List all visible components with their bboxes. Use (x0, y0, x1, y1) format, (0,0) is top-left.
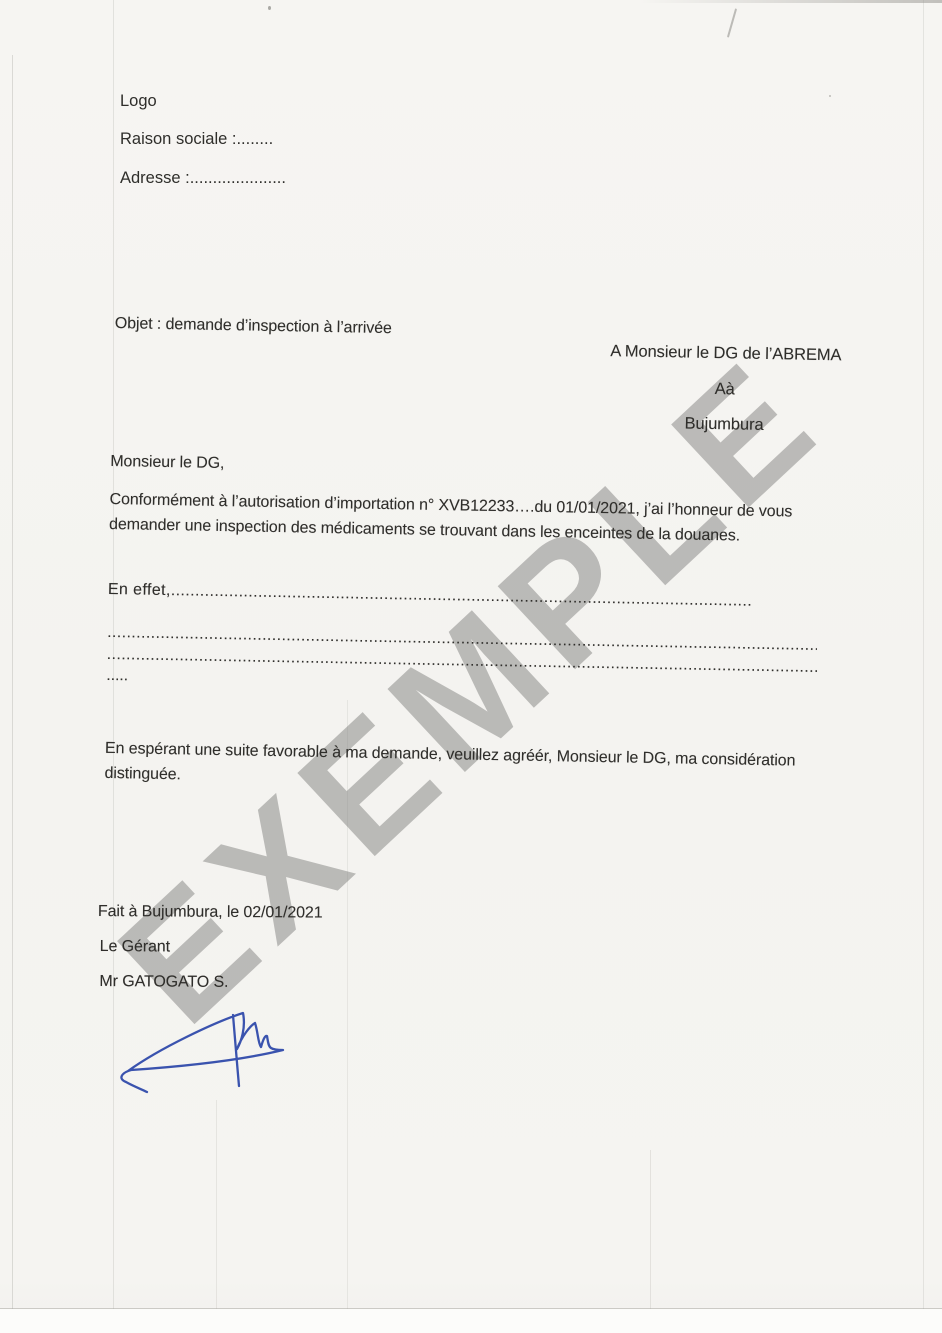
scan-top-edge (640, 0, 942, 3)
place-date-line: Fait à Bujumbura, le 02/01/2021 (98, 903, 323, 923)
salutation: Monsieur le DG, (110, 453, 224, 473)
signer-role-line: Le Gérant (100, 938, 170, 956)
signature-scribble (110, 1005, 295, 1103)
signature-stroke (121, 1013, 283, 1092)
recipient-line-3: Bujumbura (609, 405, 840, 445)
en-effet-dotted-line: En effet,...............................… (108, 581, 753, 611)
logo-placeholder-text: Logo (120, 92, 286, 111)
body-paragraph-1: Conformément à l’autorisation d’importat… (109, 487, 793, 550)
scan-streak-line (650, 1150, 651, 1313)
scanner-background-strip (0, 1309, 942, 1333)
recipient-line-2: Aà (609, 370, 840, 410)
letter-body-section: Objet : demande d’inspection à l’arrivée… (104, 313, 853, 826)
recipient-line-1: A Monsieur le DG de l’ABREMA (610, 334, 841, 374)
pen-mark-artifact (727, 8, 737, 37)
dotted-fill-line-short: ..... (106, 667, 128, 685)
scan-speck (829, 95, 831, 97)
scan-speck (268, 6, 271, 10)
letterhead-block: Logo Raison sociale :........ Adresse :.… (120, 92, 286, 188)
recipient-address-block: A Monsieur le DG de l’ABREMA Aà Bujumbur… (609, 334, 841, 445)
signer-name-line: Mr GATOGATO S. (99, 973, 228, 992)
adresse-line: Adresse :..................... (120, 169, 286, 188)
scan-streak-line (216, 1100, 217, 1313)
scan-streak-line (12, 55, 13, 1313)
subject-line: Objet : demande d’inspection à l’arrivée (115, 315, 392, 338)
closing-paragraph: En espérant une suite favorable à ma dem… (104, 737, 795, 799)
scan-streak-line (923, 0, 924, 1313)
raison-sociale-line: Raison sociale :........ (120, 130, 286, 149)
